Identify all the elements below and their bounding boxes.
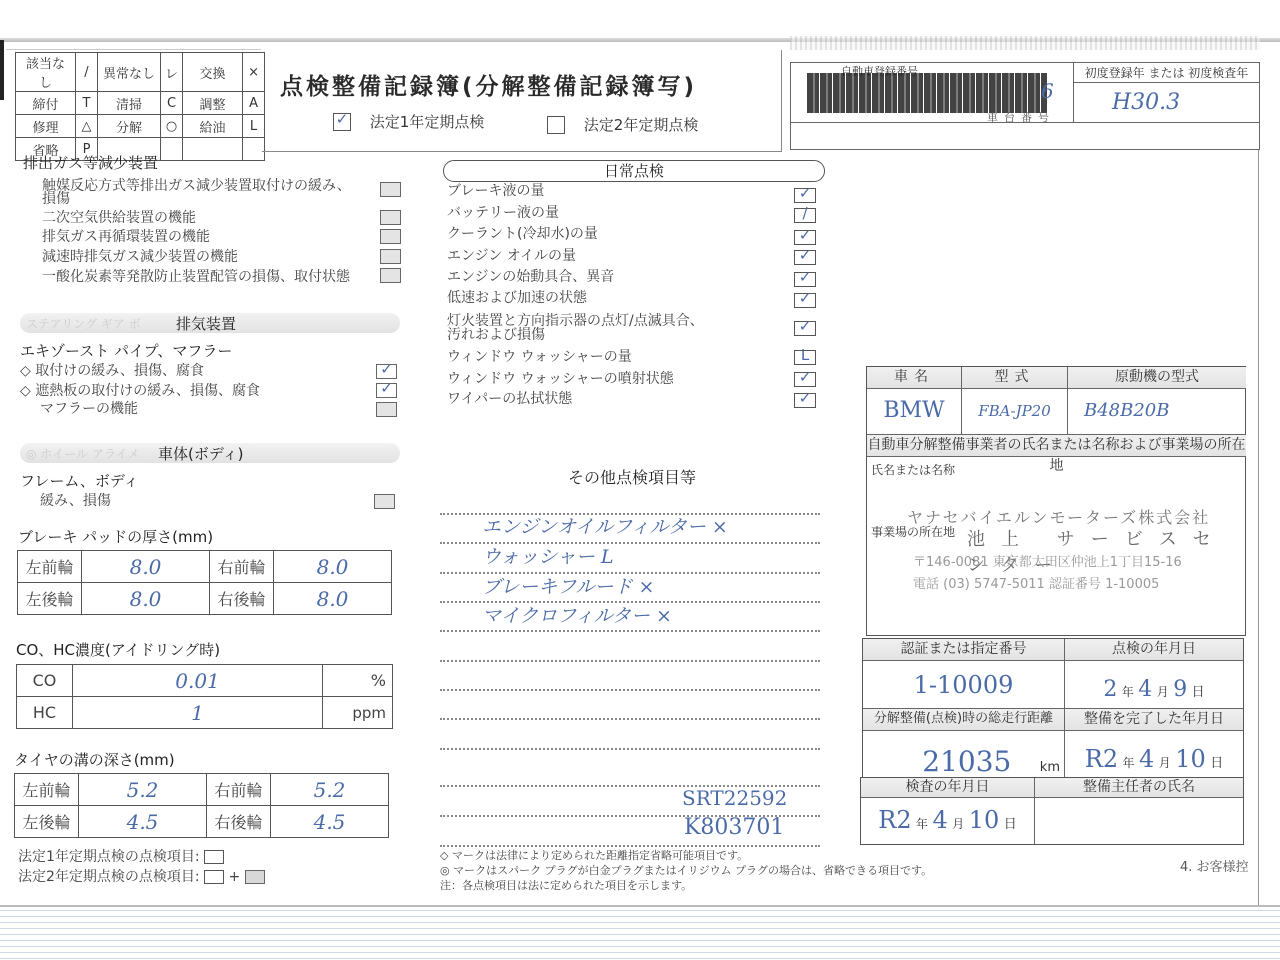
legend-label (183, 138, 243, 161)
footnote: ◎ マークはスパーク プラグが白金プラグまたはイリジウム プラグの場合は、省略で… (440, 863, 932, 878)
daily-item: 低速および加速の状態 (447, 287, 587, 307)
ghost-text: ステアリング ギア ボ (26, 315, 141, 332)
brake-pad-value: 8.0 (82, 551, 210, 583)
model-value: FBA-JP20 (962, 389, 1068, 435)
wheel-label: 左後輪 (18, 583, 82, 615)
exhaust-check[interactable]: ✓ (376, 364, 397, 379)
odometer-value: 21035 km (863, 731, 1065, 781)
inspection-date-value: 2 年 4 月 9 日 (1065, 661, 1243, 709)
brake-pad-value: 8.0 (274, 583, 392, 615)
legend-symbol (161, 138, 183, 161)
ghost-text: ◎ ホイール アライメ (26, 445, 139, 462)
brake-pad-value: 8.0 (82, 583, 210, 615)
wheel-label: 右後輪 (207, 806, 271, 838)
chief-mechanic-label: 整備主任者の氏名 (1035, 778, 1243, 798)
other-item-entry: ブレーキフルード × (482, 572, 654, 599)
exhaust-item: マフラーの機能 (40, 398, 138, 418)
daily-check[interactable]: ✓ (794, 188, 816, 203)
daily-check[interactable]: L (794, 350, 816, 365)
plus-sign: + (229, 869, 241, 885)
legend-label: 締付 (16, 92, 76, 115)
daily-check[interactable]: / (794, 208, 816, 223)
spark-plug-code: SRT22592 (682, 786, 787, 810)
first-registration-value: H30.3 (1074, 83, 1259, 123)
hc-value: 1 (73, 697, 323, 729)
legend-symbol: / (76, 53, 98, 92)
scan-ghost (6, 40, 261, 50)
exhaust-group-label: エキゾースト パイプ、マフラー (20, 340, 232, 361)
exam-box: 検査の年月日 整備主任者の氏名 R2 年 4 月 10 日 (860, 777, 1244, 845)
inspection-date-label: 点検の年月日 (1065, 639, 1243, 661)
legend-2y-label: 法定2年定期点検の点検項目: (18, 869, 200, 885)
odometer-label: 分解整備(点検)時の総走行距離 (863, 709, 1065, 731)
emission-item: 損傷 (42, 188, 70, 208)
completion-date-value: R2 年 4 月 10 日 (1065, 731, 1243, 781)
emission-check[interactable] (380, 249, 401, 264)
daily-check[interactable]: ✓ (794, 393, 816, 408)
legal-1y-label: 法定1年定期点検 (370, 113, 485, 131)
legend-label: 清掃 (98, 92, 161, 115)
emission-section-title: 排出ガス等減少装置 (23, 152, 158, 173)
daily-check[interactable]: ✓ (794, 272, 816, 287)
owner-label: 氏名または名称 (871, 461, 955, 478)
shop-phone: 電話 (03) 5747-5011 認証番号 1-10005 (913, 573, 1159, 592)
legal-1y-option[interactable]: ✓ 法定1年定期点検 (333, 111, 484, 132)
exhaust-section-title: 排気装置 (176, 313, 236, 334)
daily-check[interactable]: ✓ (794, 372, 816, 387)
scan-ghost (790, 36, 1260, 50)
wheel-label: 右後輪 (210, 583, 274, 615)
tire-depth-value: 4.5 (79, 806, 207, 838)
legend-symbol: レ (161, 53, 183, 92)
other-item-entry: エンジンオイルフィルター × (482, 512, 728, 539)
symbol-legend-table: 該当なし / 異常なし レ 交換 × 締付 T 清掃 C 調整 A 修理 △ 分… (15, 52, 265, 161)
engine-model-label: 原動機の型式 (1068, 367, 1246, 389)
location-label: 事業場の所在地 (871, 523, 955, 540)
co-hc-title: CO、HC濃度(アイドリング時) (16, 639, 220, 660)
daily-item: ブレーキ液の量 (447, 180, 544, 200)
legend-white-box (204, 850, 224, 864)
legal-2y-option[interactable]: 法定2年定期点検 (547, 114, 698, 135)
daily-inspection-header: 日常点検 (443, 160, 825, 182)
checkbox-1y[interactable]: ✓ (333, 113, 351, 131)
legend-symbol: C (161, 92, 183, 115)
brake-pad-table: 左前輪 8.0 右前輪 8.0 左後輪 8.0 右後輪 8.0 (17, 550, 392, 615)
completion-date-label: 整備を完了した年月日 (1065, 709, 1243, 731)
exhaust-item: ◇ 取付けの緩み、損傷、腐食 (20, 360, 204, 380)
body-group-label: フレーム、ボディ (20, 470, 139, 491)
chassis-label: 車台番号 (987, 109, 1055, 125)
exhaust-item: ◇ 遮熱板の取付けの緩み、損傷、腐食 (20, 380, 260, 400)
first-registration-label: 初度登録年 または 初度検査年 (1074, 63, 1259, 83)
brake-pad-title: ブレーキ パッドの厚さ(mm) (18, 526, 213, 547)
wheel-label: 右前輪 (210, 551, 274, 583)
registration-number-cell: 自動車登録番号 6 車台番号 (791, 63, 1074, 123)
co-unit: % (323, 665, 393, 697)
legend-label: 異常なし (98, 53, 161, 92)
dotted-line (440, 845, 820, 847)
car-name-value: BMW (867, 389, 962, 435)
exhaust-check[interactable]: ✓ (376, 383, 397, 398)
legend-symbol: △ (76, 115, 98, 138)
wheel-label: 左前輪 (18, 551, 82, 583)
daily-item: エンジンの始動具合、異音 (447, 266, 614, 286)
exam-date-value: R2 年 4 月 10 日 (861, 798, 1035, 844)
registration-tail: 6 (1041, 79, 1054, 103)
wheel-label: 左後輪 (15, 806, 79, 838)
certification-box: 認証または指定番号 点検の年月日 1-10009 2 年 4 月 9 日 分解整… (862, 638, 1244, 782)
scan-frame (1258, 150, 1266, 910)
daily-item: クーラント(冷却水)の量 (447, 223, 598, 243)
legend-2y: 法定2年定期点検の点検項目: + (18, 866, 265, 886)
legend-label: 交換 (183, 53, 243, 92)
body-section-title: 車体(ボディ) (158, 443, 244, 464)
legend-symbol: T (76, 92, 98, 115)
model-label: 型式 (962, 367, 1068, 389)
legend-label: 給油 (183, 115, 243, 138)
scan-top-strip (0, 0, 1280, 40)
checkbox-2y[interactable] (547, 116, 565, 134)
legend-grey-box (245, 870, 265, 884)
dotted-line (440, 660, 820, 662)
emission-item: 減速時排気ガス減少装置の機能 (42, 246, 238, 266)
hc-unit: ppm (323, 697, 393, 729)
exhaust-section-band: ステアリング ギア ボ 排気装置 (20, 313, 400, 333)
emission-item: 一酸化炭素等発散防止装置配管の損傷、取付状態 (42, 266, 350, 286)
tire-title: タイヤの溝の深さ(mm) (14, 749, 175, 770)
scan-bottom-noise (0, 905, 1280, 960)
co-value: 0.01 (73, 665, 323, 697)
footnotes: ◇ マークは法律により定められた距離指定省略可能項目です。 ◎ マークはスパーク… (440, 848, 932, 893)
tire-depth-value: 5.2 (271, 774, 389, 806)
legend-1y: 法定1年定期点検の点検項目: (18, 846, 224, 866)
legend-symbol: ○ (161, 115, 183, 138)
tire-depth-value: 4.5 (271, 806, 389, 838)
tire-table: 左前輪 5.2 右前輪 5.2 左後輪 4.5 右後輪 4.5 (14, 773, 389, 838)
legend-white-box (204, 870, 224, 884)
co-hc-table: CO 0.01 % HC 1 ppm (16, 664, 393, 729)
daily-item: ウィンドウ ウォッシャーの量 (447, 346, 632, 366)
registration-box: 自動車登録番号 6 車台番号 初度登録年 または 初度検査年 H30.3 (790, 62, 1260, 150)
gas-label: CO (17, 665, 73, 697)
gas-label: HC (17, 697, 73, 729)
cert-number-value: 1-10009 (863, 661, 1065, 709)
cert-number-label: 認証または指定番号 (863, 639, 1065, 661)
tire-depth-value: 5.2 (79, 774, 207, 806)
daily-check[interactable]: ✓ (794, 293, 816, 308)
emission-item: 排気ガス再循環装置の機能 (42, 226, 210, 246)
daily-item: バッテリー液の量 (447, 202, 559, 222)
daily-item: ワイパーの払拭状態 (447, 388, 572, 408)
exhaust-check[interactable] (376, 402, 397, 417)
engine-model-value: B48B20B (1068, 389, 1246, 435)
daily-check[interactable]: ✓ (794, 250, 816, 265)
legend-label: 調整 (183, 92, 243, 115)
scan-edge (0, 40, 4, 100)
other-items-title: その他点検項目等 (568, 465, 696, 488)
body-item: 緩み、損傷 (40, 490, 111, 510)
exam-date-label: 検査の年月日 (861, 778, 1035, 798)
vehicle-info-box: 車名 型式 原動機の型式 BMW FBA-JP20 B48B20B 自動車分解整… (866, 366, 1246, 636)
legend-label: 分解 (98, 115, 161, 138)
check-icon: ✓ (334, 110, 350, 128)
chief-mechanic-value (1035, 798, 1243, 844)
body-section-band: ◎ ホイール アライメ 車体(ボディ) (20, 443, 400, 463)
emission-check[interactable] (380, 268, 401, 283)
emission-check[interactable] (380, 229, 401, 244)
legend-1y-label: 法定1年定期点検の点検項目: (18, 849, 200, 865)
business-label: 自動車分解整備事業者の氏名または名称および事業場の所在地 (867, 435, 1246, 457)
body-check[interactable] (374, 494, 395, 509)
dotted-line (440, 748, 820, 750)
emission-check[interactable] (380, 210, 401, 225)
dotted-line (440, 689, 820, 691)
legend-label: 該当なし (16, 53, 76, 92)
spark-plug-code: K803701 (684, 815, 784, 840)
daily-item: エンジン オイルの量 (447, 245, 576, 265)
legend-label: 修理 (16, 115, 76, 138)
copy-label: 4. お客様控 (1180, 856, 1249, 875)
wheel-label: 左前輪 (15, 774, 79, 806)
brake-pad-value: 8.0 (274, 551, 392, 583)
title-frame (262, 50, 782, 152)
legal-2y-label: 法定2年定期点検 (584, 116, 699, 134)
daily-check[interactable]: ✓ (794, 230, 816, 245)
emission-item: 二次空気供給装置の機能 (42, 207, 196, 227)
emission-item: 触媒反応方式等排出ガス減少装置取付けの緩み、 (42, 175, 351, 195)
daily-check[interactable]: ✓ (794, 321, 816, 336)
dotted-line (440, 630, 820, 632)
document-title: 点検整備記録簿(分解整備記録簿写) (280, 68, 697, 101)
shop-address: 〒146-0081 東京都大田区仲池上1丁目15-16 (913, 551, 1182, 570)
dotted-line (440, 718, 820, 720)
daily-item: ウィンドウ ウォッシャーの噴射状態 (447, 368, 674, 388)
emission-check[interactable] (380, 182, 401, 197)
footnote: 注：各点検項目は法に定められた項目を示します。 (440, 878, 932, 893)
wheel-label: 右前輪 (207, 774, 271, 806)
daily-item: 汚れおよび損傷 (447, 324, 545, 344)
other-item-entry: マイクロフィルター × (482, 601, 672, 628)
redacted-block (807, 73, 1047, 113)
other-item-entry: ウォッシャー L (482, 542, 614, 569)
footnote: ◇ マークは法律により定められた距離指定省略可能項目です。 (440, 848, 932, 863)
car-name-label: 車名 (867, 367, 962, 389)
